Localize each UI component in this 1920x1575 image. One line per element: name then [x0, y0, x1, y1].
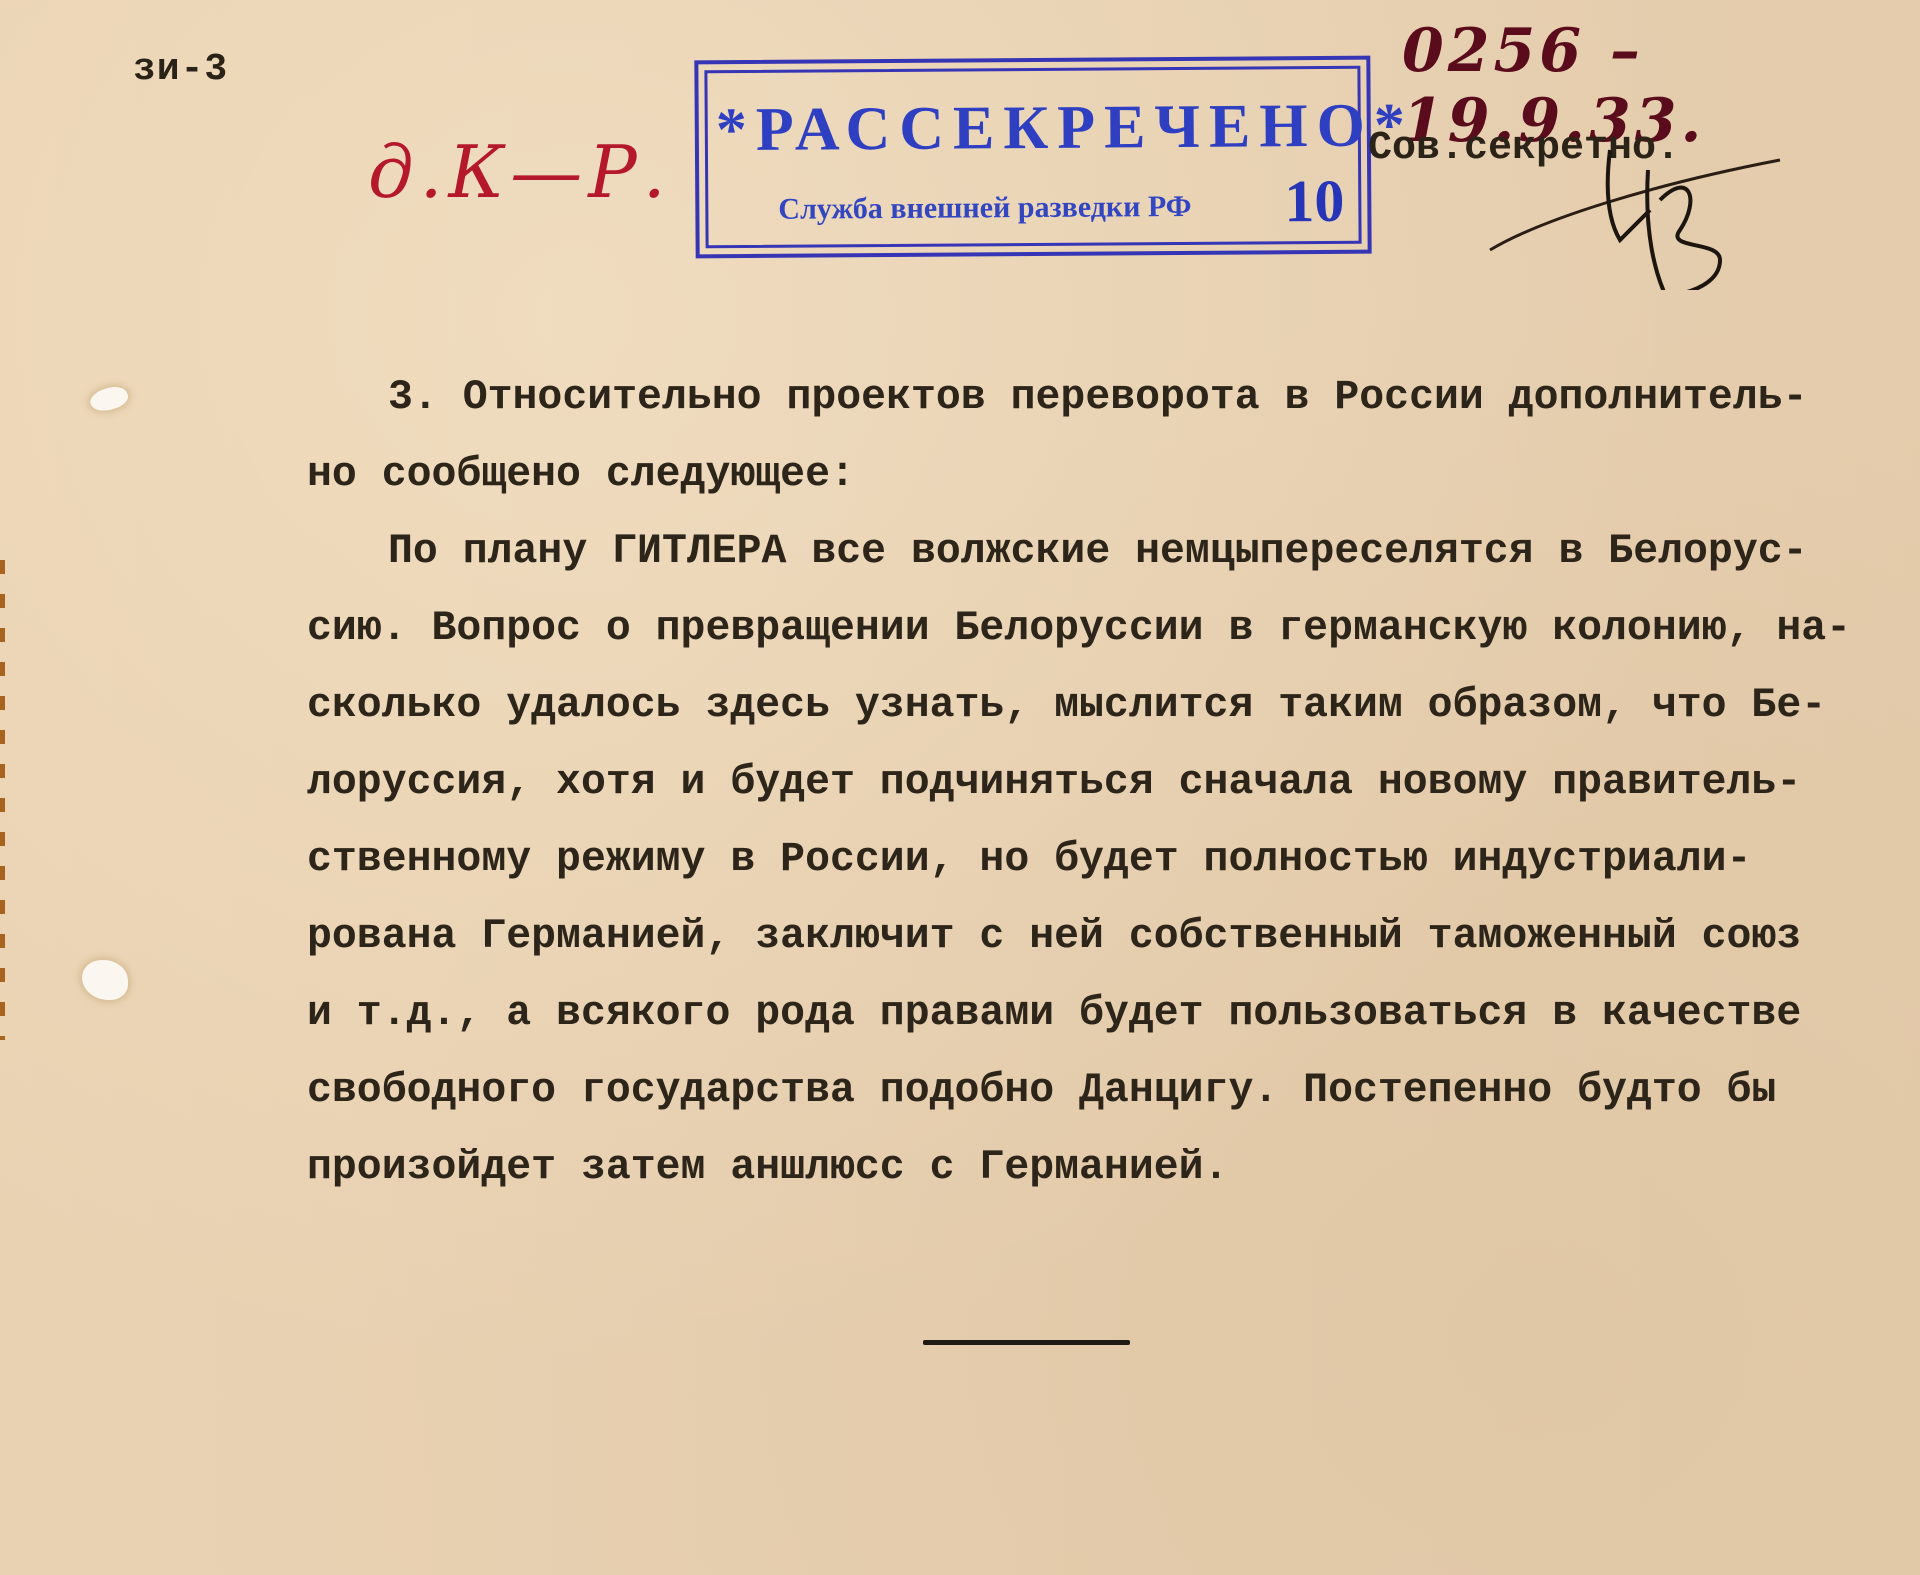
- reference-code: зи-3: [133, 48, 228, 91]
- body-line: 3. Относительно проектов переворота в Ро…: [307, 370, 1907, 447]
- paper-edge-stain: [0, 560, 5, 1040]
- signature-icon: [1420, 80, 1800, 290]
- stamp-title: *РАССЕКРЕЧЕНО*: [716, 91, 1350, 166]
- body-line: сколько удалось здесь узнать, мыслится т…: [307, 678, 1907, 755]
- body-line: сию. Вопрос о превращении Белоруссии в г…: [307, 601, 1907, 678]
- body-line: свободного государства подобно Данцигу. …: [307, 1063, 1907, 1140]
- body-line: ственному режиму в России, но будет полн…: [307, 832, 1907, 909]
- stamp-subtitle: Служба внешней разведки РФ: [778, 190, 1191, 227]
- handwritten-note: д.К—Р.: [368, 130, 672, 214]
- body-line: но сообщено следующее:: [307, 447, 1907, 524]
- document-body: 3. Относительно проектов переворота в Ро…: [307, 370, 1907, 1217]
- body-line: произойдет затем аншлюсс с Германией.: [307, 1140, 1907, 1217]
- stamp-number: 10: [1284, 167, 1344, 236]
- punch-hole: [82, 960, 128, 1000]
- body-line: лоруссия, хотя и будет подчиняться снача…: [307, 755, 1907, 832]
- body-line: рована Германией, заключит с ней собстве…: [307, 909, 1907, 986]
- body-line: и т.д., а всякого рода правами будет пол…: [307, 986, 1907, 1063]
- end-separator: [923, 1340, 1130, 1345]
- punch-hole: [87, 382, 130, 416]
- stamp-inner-frame: *РАССЕКРЕЧЕНО* Служба внешней разведки Р…: [704, 66, 1361, 249]
- declassified-stamp: *РАССЕКРЕЧЕНО* Служба внешней разведки Р…: [694, 56, 1371, 259]
- body-line: По плану ГИТЛЕРА все волжские немцыперес…: [307, 524, 1907, 601]
